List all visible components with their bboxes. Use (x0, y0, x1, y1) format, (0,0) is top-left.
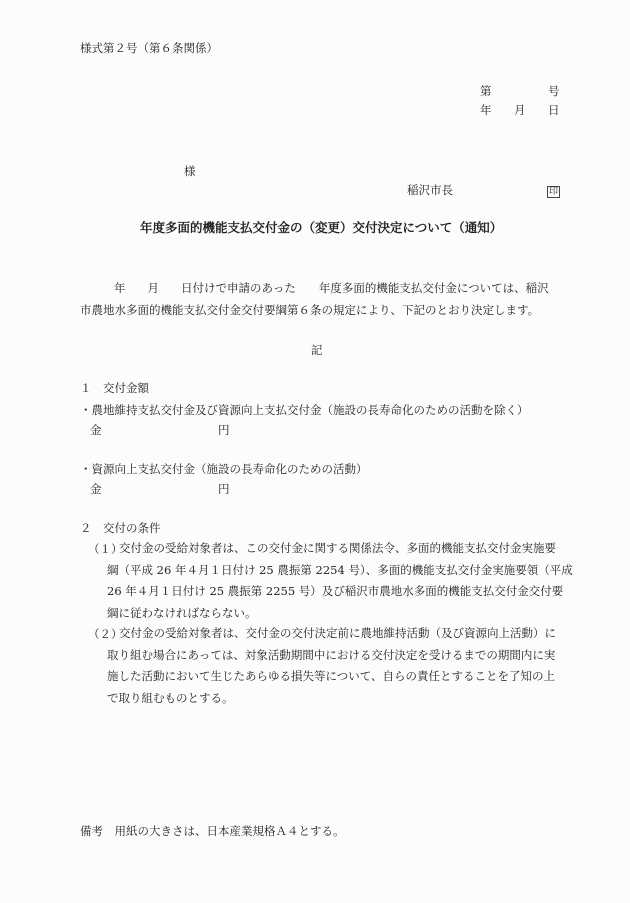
issuer-name: 稲沢市長 (407, 183, 453, 197)
section1-heading: １ 交付金額 (80, 381, 149, 395)
intro-line1: 日付けで申請のあった 年度多面的機能支払交付金については、稲沢 (181, 281, 549, 295)
condition2-number: （２） (88, 627, 123, 641)
addressee-suffix: 様 (184, 164, 196, 178)
section1-item2-en: 円 (218, 482, 230, 496)
section1-item2-label: ・資源向上支払交付金（施設の長寿命化のための活動） (80, 462, 368, 476)
date-year: 年 (480, 103, 492, 117)
condition2-line: 取り組む場合にあっては、対象活動期間中における交付決定を受けるまでの期間内に実 (107, 645, 556, 667)
condition1-line: 綱に従わなければならない。 (107, 603, 573, 625)
doc-number-go: 号 (548, 84, 560, 98)
section1-item1-en: 円 (218, 423, 230, 437)
form-number: 様式第２号（第６条関係） (80, 41, 218, 55)
intro-month: 月 (148, 281, 160, 295)
seal-mark: 印 (547, 183, 560, 198)
document-title: 年度多面的機能支払交付金の（変更）交付決定について（通知） (140, 221, 502, 235)
condition2-line: で取り組むものとする。 (107, 688, 556, 710)
intro-line2: 市農地水多面的機能支払交付金交付要綱第６条の規定により、下記のとおり決定します。 (80, 300, 549, 322)
condition1-line: 綱（平成 26 年４月１日付け 25 農振第 2254 号）、多面的機能支払交付… (107, 560, 573, 582)
section1-item2-kin: 金 (90, 482, 102, 496)
condition1-number: （１） (88, 542, 123, 556)
condition2-text: 交付金の受給対象者は、交付金の交付決定前に農地維持活動（及び資源向上活動）に 取… (119, 623, 556, 709)
condition1-line: 26 年４月１日付け 25 農振第 2255 号）及び稲沢市農地水多面的機能支払… (107, 581, 573, 603)
condition1-text: 交付金の受給対象者は、この交付金に関する関係法令、多面的機能支払交付金実施要 綱… (119, 538, 573, 624)
intro-paragraph: 年月日付けで申請のあった 年度多面的機能支払交付金については、稲沢 市農地水多面… (80, 278, 549, 321)
remarks-note: 備考 用紙の大きさは、日本産業規格Ａ４とする。 (80, 824, 345, 838)
ki-label: 記 (311, 343, 323, 357)
date-day: 日 (548, 103, 560, 117)
condition2-line: 施した活動において生じたあらゆる損失等について、自らの責任とすることを了知の上 (107, 666, 556, 688)
condition2-line: 交付金の受給対象者は、交付金の交付決定前に農地維持活動（及び資源向上活動）に (119, 623, 556, 645)
condition1-line: 交付金の受給対象者は、この交付金に関する関係法令、多面的機能支払交付金実施要 (119, 538, 573, 560)
date-month: 月 (514, 103, 526, 117)
section1-item1-kin: 金 (90, 423, 102, 437)
section2-heading: ２ 交付の条件 (80, 521, 161, 535)
doc-number-dai: 第 (480, 84, 492, 98)
section1-item1-label: ・農地維持支払交付金及び資源向上支払交付金（施設の長寿命化のための活動を除く） (80, 403, 529, 417)
seal-icon: 印 (547, 186, 560, 198)
intro-year: 年 (114, 281, 126, 295)
